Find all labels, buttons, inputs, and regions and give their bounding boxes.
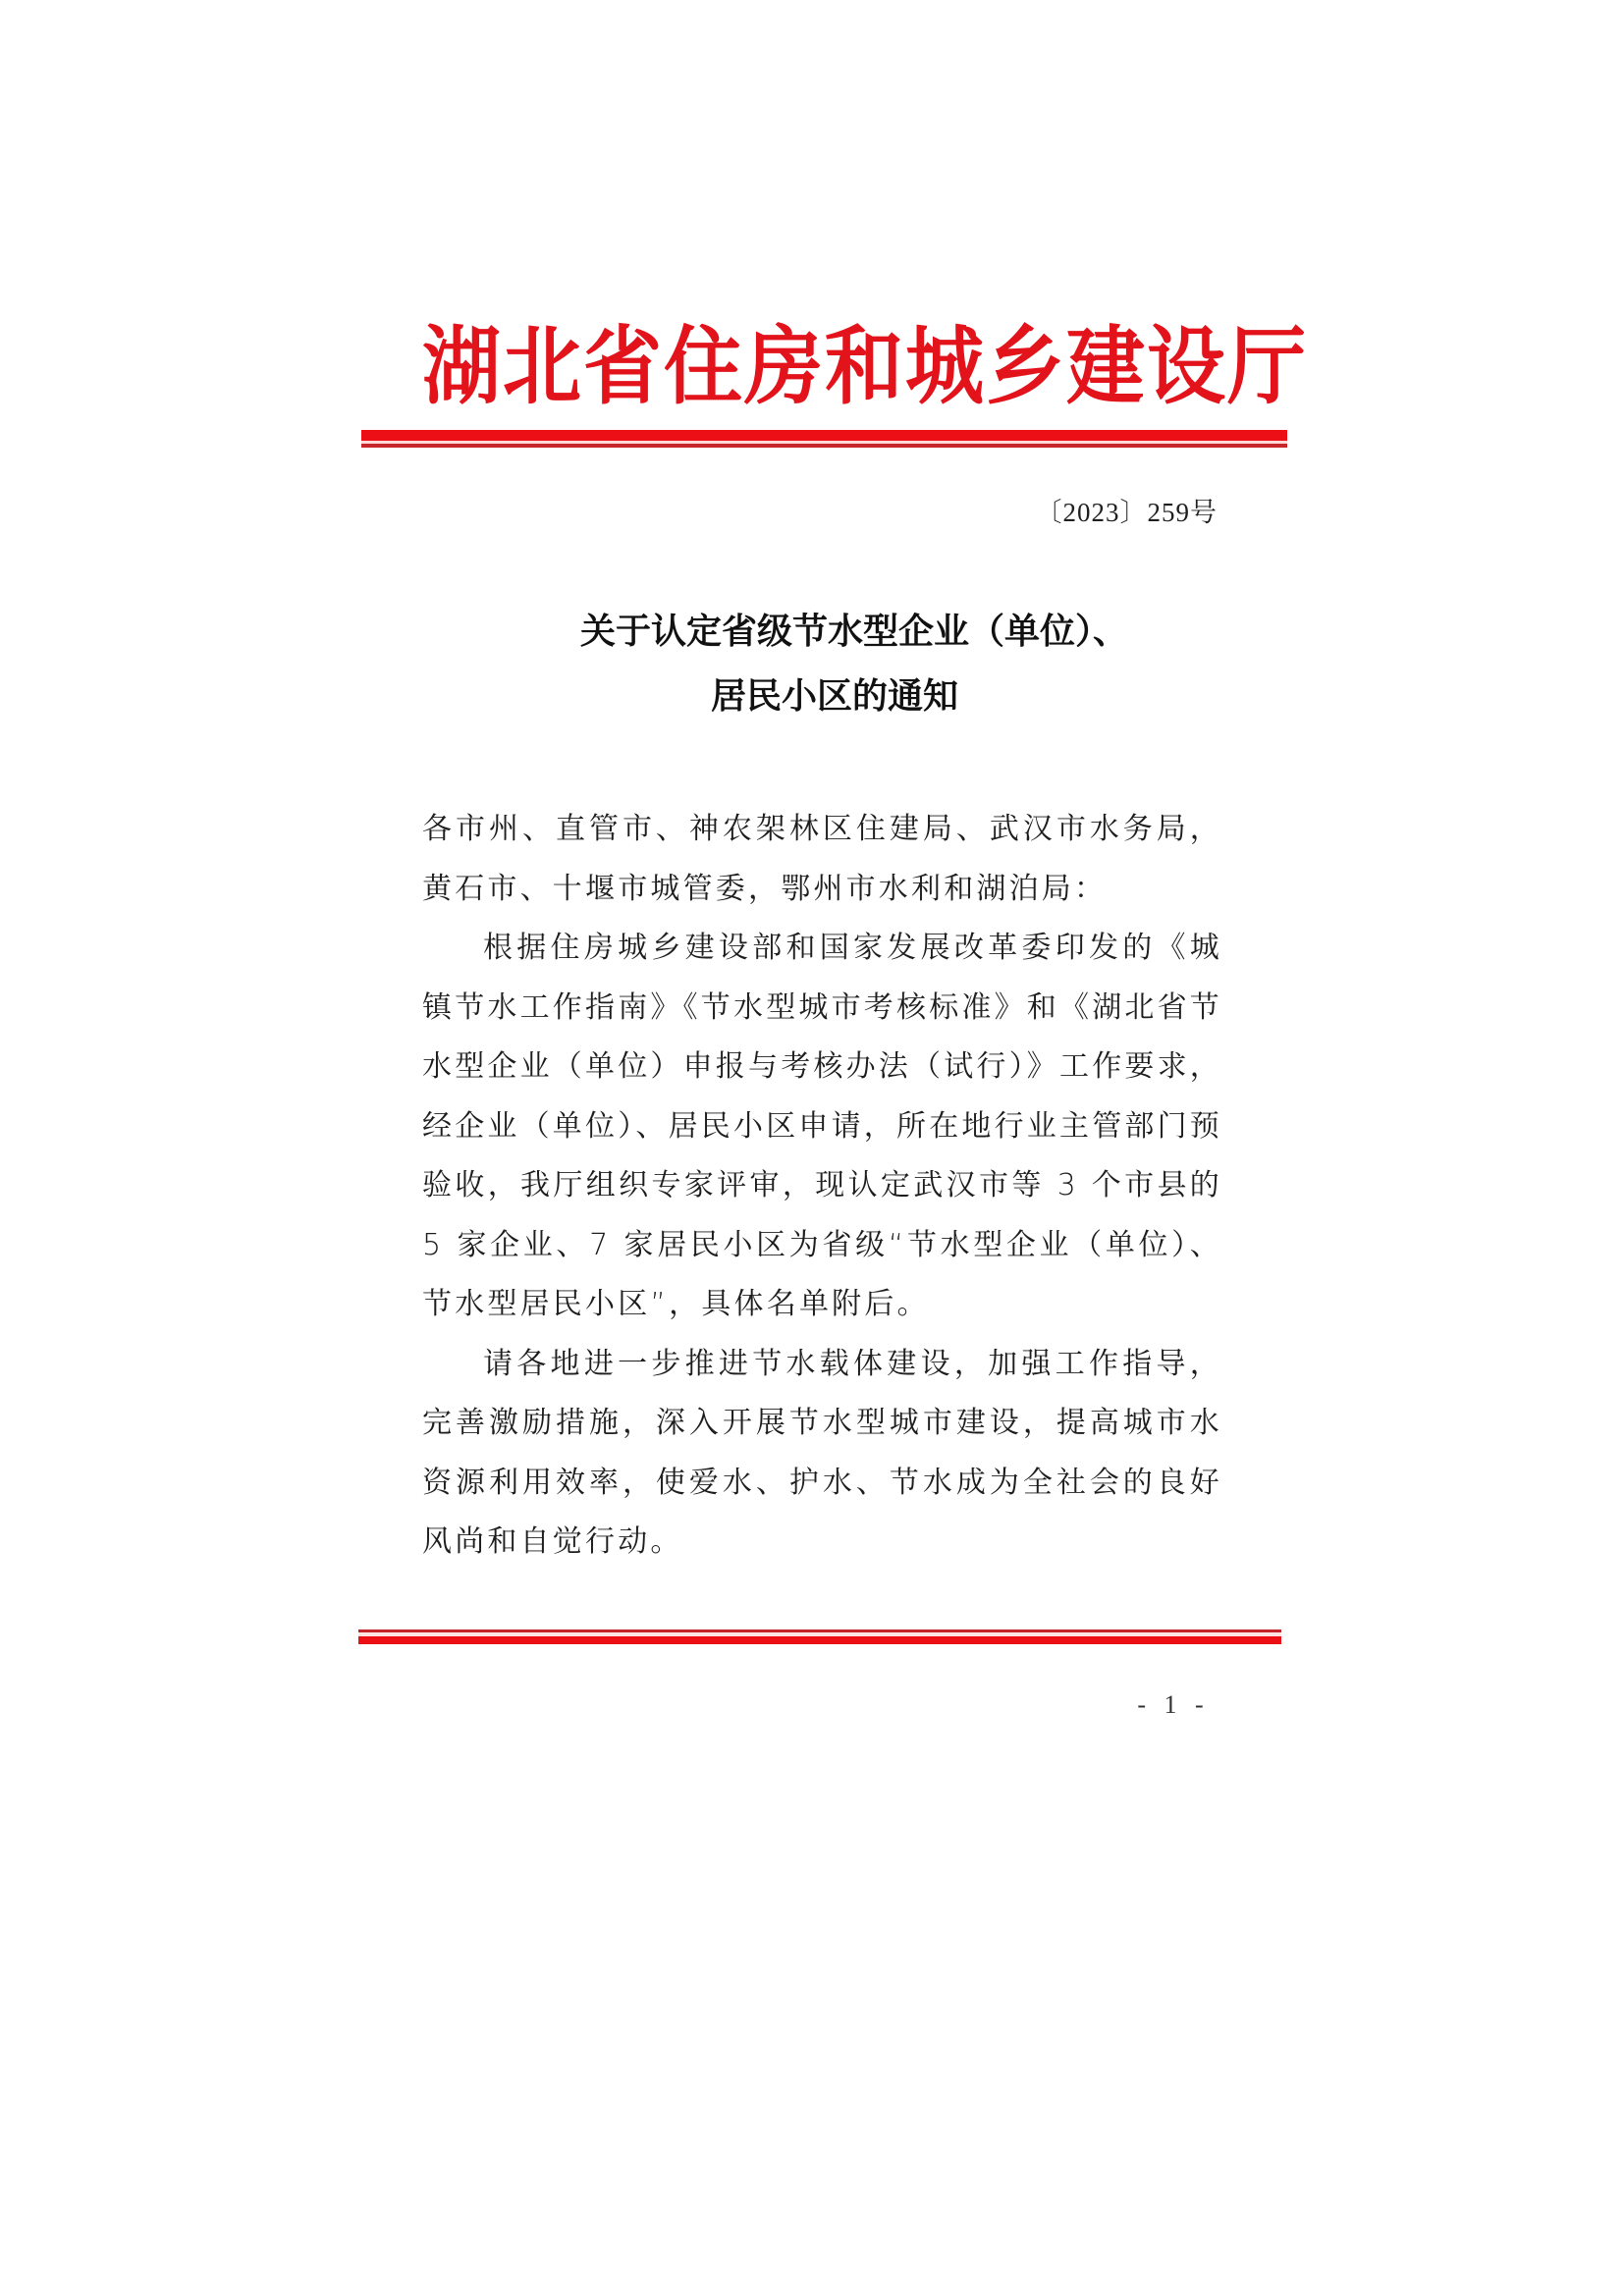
document-number: 〔2023〕259号 <box>1001 491 1218 529</box>
title-line-2: 居民小区的通知 <box>412 664 1237 728</box>
masthead-red-rule <box>361 430 1287 448</box>
red-rule-thick <box>361 430 1287 441</box>
page-number: - 1 - <box>1119 1690 1227 1720</box>
body-paragraph-1: 根据住房城乡建设部和国家发展改革委印发的《城镇节水工作指南》《节水型城市考核标准… <box>422 919 1222 1335</box>
document-body: 各市州、直管市、神农架林区住建局、武汉市水务局，黄石市、十堰市城管委，鄂州市水利… <box>422 800 1222 1573</box>
body-paragraph-2: 请各地进一步推进节水载体建设，加强工作指导，完善激励措施，深入开展节水型城市建设… <box>422 1335 1222 1573</box>
addressee: 各市州、直管市、神农架林区住建局、武汉市水务局，黄石市、十堰市城管委，鄂州市水利… <box>422 800 1222 919</box>
title-line-1: 关于认定省级节水型企业（单位）、 <box>412 599 1237 664</box>
document-page: 湖北省住房和城乡建设厅 〔2023〕259号 关于认定省级节水型企业（单位）、 … <box>0 0 1624 2296</box>
footer-rule-thick <box>358 1636 1281 1644</box>
document-title: 关于认定省级节水型企业（单位）、 居民小区的通知 <box>412 599 1237 728</box>
masthead-org-name: 湖北省住房和城乡建设厅 <box>422 308 1227 425</box>
footer-red-rule <box>358 1629 1281 1644</box>
red-rule-thin <box>361 444 1287 448</box>
